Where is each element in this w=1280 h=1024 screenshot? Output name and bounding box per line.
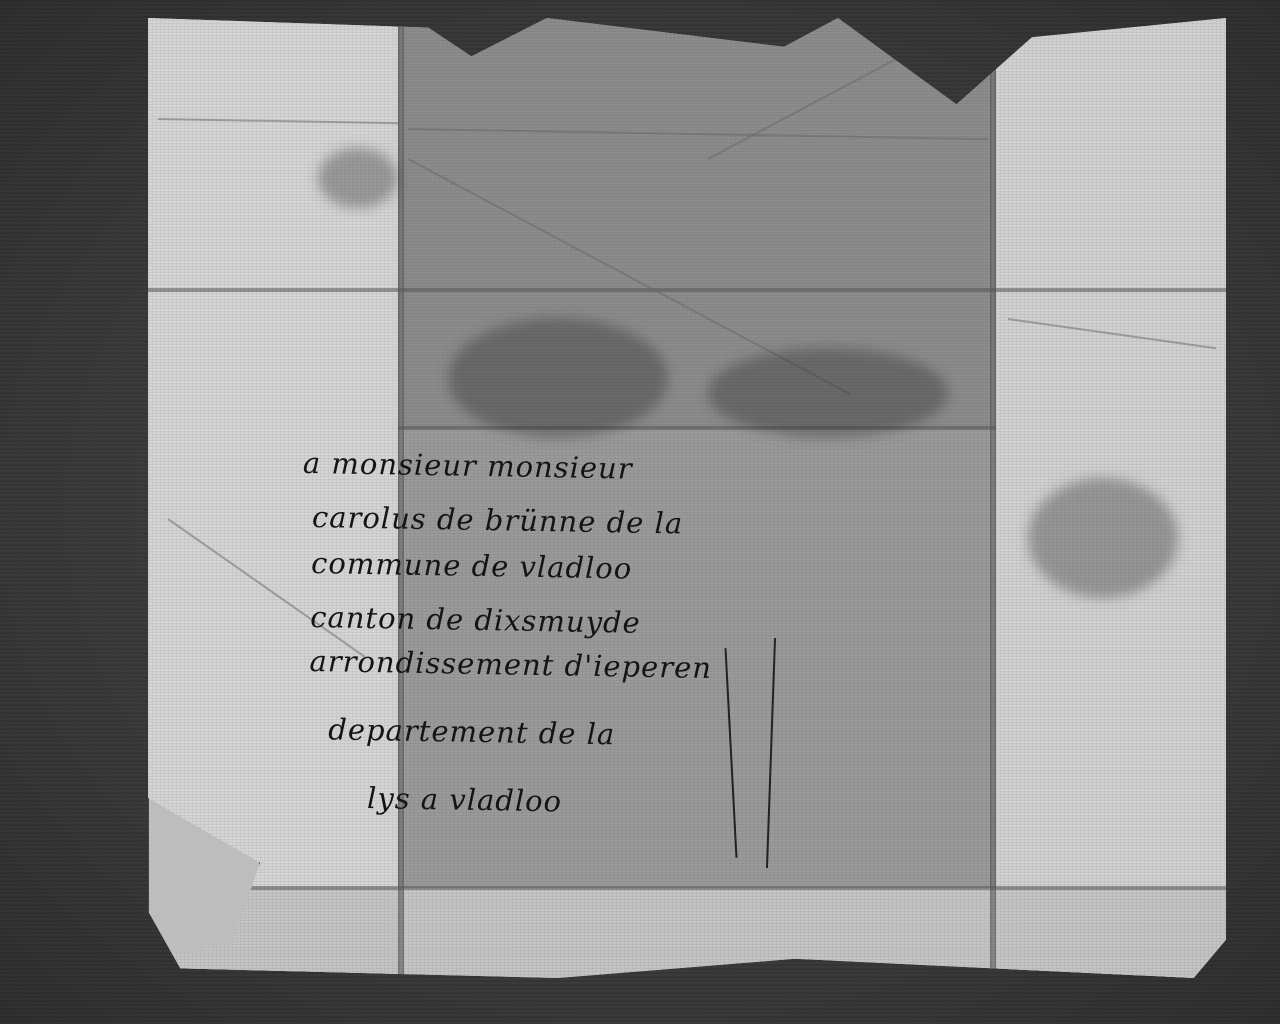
fold-line-upper bbox=[148, 288, 1226, 292]
handwritten-address: a monsieur monsieur carolus de brünne de… bbox=[297, 436, 784, 832]
stain bbox=[318, 148, 398, 208]
fold-line-right bbox=[990, 18, 996, 978]
fold-line-bottom bbox=[148, 886, 1226, 890]
stain bbox=[708, 348, 948, 438]
address-line: departement de la bbox=[298, 702, 779, 764]
address-line: arrondissement d'ieperen bbox=[299, 634, 780, 696]
address-line: a monsieur monsieur bbox=[302, 436, 783, 498]
address-line: commune de vladloo bbox=[301, 536, 782, 598]
bottom-flap bbox=[148, 888, 1226, 978]
stain bbox=[1028, 478, 1178, 598]
address-line: lys a vladloo bbox=[297, 770, 778, 832]
stain bbox=[448, 318, 668, 438]
